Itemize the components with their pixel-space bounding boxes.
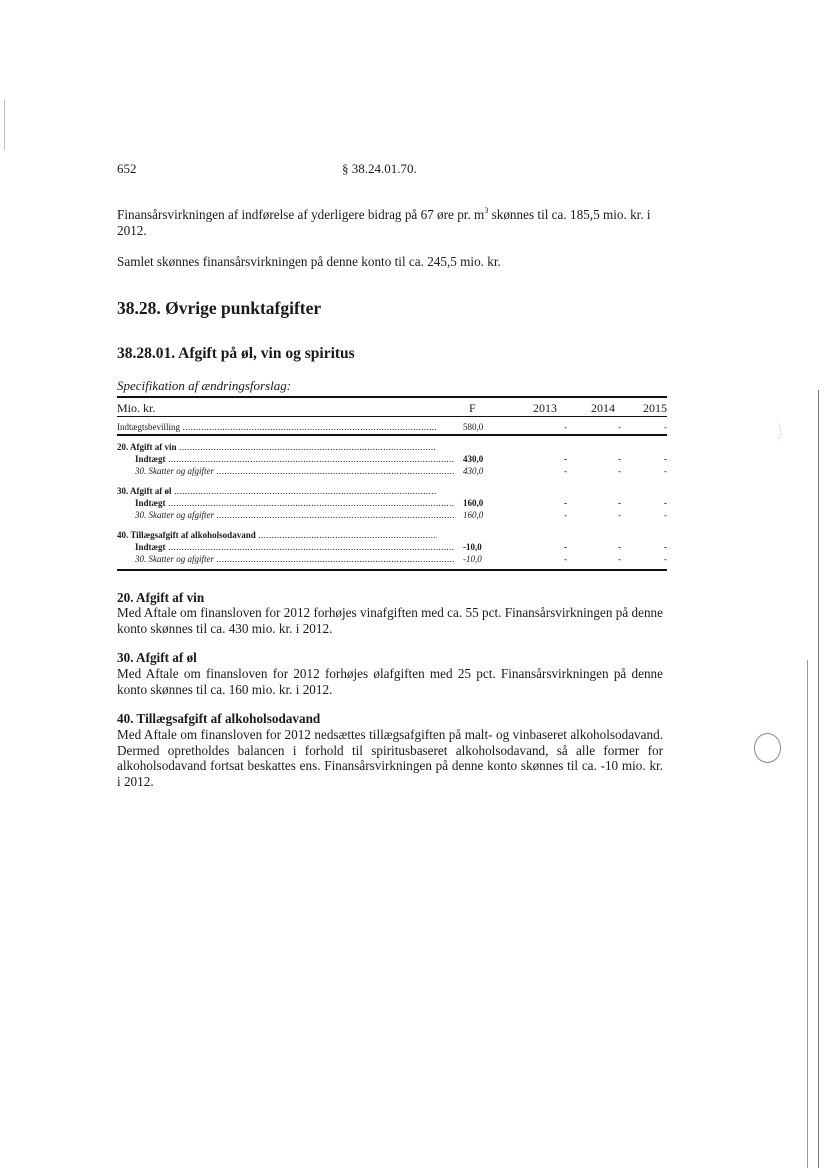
note-body-alkoholsodavand: Med Aftale om finansloven for 2012 nedsæ… [117,727,663,789]
column-header-f: F [469,400,503,416]
cell-y2013: - [527,421,567,433]
cell-f: 580,0 [463,421,497,433]
cell-y2014: - [581,497,621,509]
cell-f: -10,0 [463,541,497,553]
row-label: 30. Skatter og afgifter [117,509,455,521]
table-row: Indtægt160,0--- [117,497,667,509]
scan-edge-line [4,100,5,150]
cell-y2014: - [581,509,621,521]
table-row: Indtægt-10,0--- [117,541,667,553]
row-label: Indtægt [117,541,455,553]
table-top-rule [117,396,667,398]
dot-leader [214,554,455,564]
cell-y2015: - [627,465,667,477]
cell-y2014: - [581,553,621,565]
cell-y2013: - [527,541,567,553]
cell-y2013: - [527,453,567,465]
row-label: Indtægt [117,453,455,465]
note-title-alkoholsodavand: 40. Tillægsafgift af alkoholsodavand [117,711,320,727]
section-heading: 38.28. Øvrige punktafgifter [117,298,321,319]
scan-edge-line [807,660,808,1168]
section-reference: § 38.24.01.70. [342,161,417,177]
column-header-2015: 2015 [623,400,667,416]
dot-leader [177,442,438,452]
cell-y2014: - [581,541,621,553]
table-row: 30. Afgift af øl [117,485,667,497]
dot-leader [166,542,455,552]
punch-hole-mark [768,420,781,442]
cell-y2014: - [581,465,621,477]
cell-f: 430,0 [463,453,497,465]
row-label: Indtægtsbevilling [117,421,437,433]
intro-text-a: Finansårsvirkningen af indførelse af yde… [117,207,484,222]
cell-f: -10,0 [463,553,497,565]
row-label: 30. Afgift af øl [117,485,437,497]
cell-y2015: - [627,453,667,465]
subsection-heading: 38.28.01. Afgift på øl, vin og spiritus [117,345,355,363]
cell-y2015: - [627,553,667,565]
column-header-unit: Mio. kr. [117,400,437,416]
dot-leader [172,486,438,496]
note-title-vin: 20. Afgift af vin [117,590,204,606]
note-body-ol: Med Aftale om finansloven for 2012 forhø… [117,666,663,697]
dot-leader [166,498,455,508]
cell-y2015: - [627,421,667,433]
cell-y2013: - [527,509,567,521]
cell-f: 160,0 [463,497,497,509]
scan-edge-line [818,390,819,1168]
dot-leader [180,422,437,432]
note-title-ol: 30. Afgift af øl [117,650,197,666]
dot-leader [214,466,455,476]
table-row: 40. Tillægsafgift af alkoholsodavand [117,529,667,541]
dot-leader [256,530,437,540]
row-label: 30. Skatter og afgifter [117,553,455,565]
cell-y2013: - [527,465,567,477]
row-label: 30. Skatter og afgifter [117,465,455,477]
row-label: Indtægt [117,497,455,509]
cell-y2015: - [627,509,667,521]
table-row: 30. Skatter og afgifter430,0--- [117,465,667,477]
cell-y2014: - [581,421,621,433]
dot-leader [166,454,455,464]
cell-y2014: - [581,453,621,465]
column-header-2013: 2013 [513,400,557,416]
intro-paragraph-1: Finansårsvirkningen af indførelse af yde… [117,207,667,238]
column-header-2014: 2014 [571,400,615,416]
cell-y2013: - [527,553,567,565]
intro-paragraph-2: Samlet skønnes finansårsvirkningen på de… [117,254,667,270]
cell-y2015: - [627,497,667,509]
row-label: 40. Tillægsafgift af alkoholsodavand [117,529,437,541]
cell-f: 160,0 [463,509,497,521]
table-header-row: Mio. kr. F 2013 2014 2015 [117,400,667,416]
specification-label: Specifikation af ændringsforslag: [117,378,291,394]
cell-f: 430,0 [463,465,497,477]
cell-y2013: - [527,497,567,509]
cell-y2015: - [627,541,667,553]
dot-leader [214,510,455,520]
table-row: 30. Skatter og afgifter-10,0--- [117,553,667,565]
row-label: 20. Afgift af vin [117,441,437,453]
punch-hole-mark [754,733,781,763]
page-number: 652 [117,161,137,177]
table-total-rule [117,434,667,436]
table-row: Indtægtsbevilling580,0--- [117,421,667,433]
table-row: 20. Afgift af vin [117,441,667,453]
table-row: 30. Skatter og afgifter160,0--- [117,509,667,521]
table-header-rule [117,416,667,417]
table-bottom-rule [117,569,667,571]
table-row: Indtægt430,0--- [117,453,667,465]
note-body-vin: Med Aftale om finansloven for 2012 forhø… [117,605,663,636]
